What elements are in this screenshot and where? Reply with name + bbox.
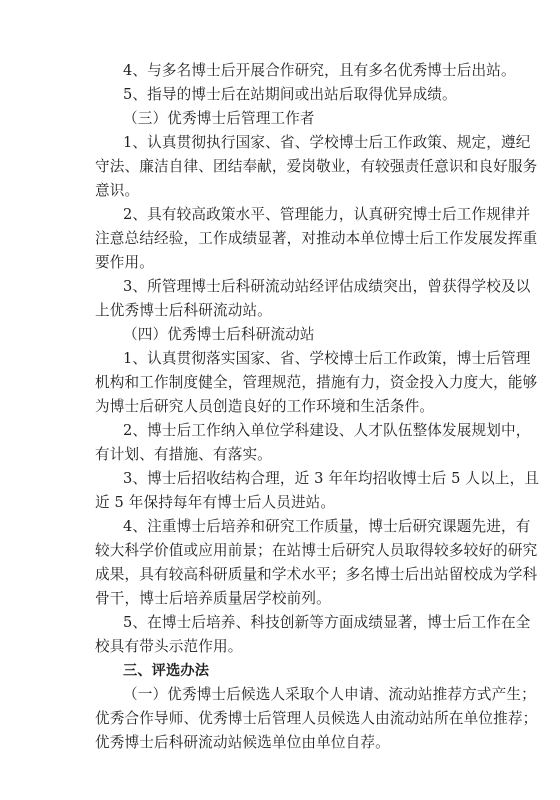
text-line: 2、博士后工作纳入单位学科建设、人才队伍整体发展规划中， bbox=[66, 419, 484, 443]
text-line: 要作用。 bbox=[66, 251, 484, 275]
paragraph-stations-1: 1、认真贯彻落实国家、省、学校博士后工作政策，博士后管理 机构和工作制度健全，管… bbox=[66, 347, 484, 419]
section-heading-selection-method: 三、评选办法 bbox=[66, 659, 484, 683]
text-line: 4、注重博士后培养和研究工作质量，博士后研究课题先进，有 bbox=[66, 515, 484, 539]
text-line: 1、认真贯彻执行国家、省、学校博士后工作政策、规定，遵纪 bbox=[66, 131, 484, 155]
document-page: 4、与多名博士后开展合作研究，且有多名优秀博士后出站。 5、指导的博士后在站期间… bbox=[66, 59, 484, 755]
text-line: （四）优秀博士后科研流动站 bbox=[66, 323, 484, 347]
text-line: 成果，具有较高科研质量和学术水平；多名博士后出站留校成为学科 bbox=[66, 563, 484, 587]
paragraph-managers-1: 1、认真贯彻执行国家、省、学校博士后工作政策、规定，遵纪 守法、廉洁自律、团结奉… bbox=[66, 131, 484, 203]
text-line: 优秀博士后科研流动站候选单位由单位自荐。 bbox=[66, 731, 484, 755]
paragraph-selection-1: （一）优秀博士后候选人采取个人申请、流动站推荐方式产生； 优秀合作导师、优秀博士… bbox=[66, 683, 484, 755]
text-line: 近 5 年保持每年有博士后人员进站。 bbox=[66, 491, 484, 515]
paragraph-item-5-achievements: 5、指导的博士后在站期间或出站后取得优异成绩。 bbox=[66, 83, 484, 107]
text-line: 机构和工作制度健全，管理规范，措施有力，资金投入力度大，能够 bbox=[66, 371, 484, 395]
text-line: 骨干，博士后培养质量居学校前列。 bbox=[66, 587, 484, 611]
text-line: 3、博士后招收结构合理，近 3 年年均招收博士后 5 人以上，且 bbox=[66, 467, 484, 491]
paragraph-stations-3: 3、博士后招收结构合理，近 3 年年均招收博士后 5 人以上，且 近 5 年保持… bbox=[66, 467, 484, 515]
text-line: 4、与多名博士后开展合作研究，且有多名优秀博士后出站。 bbox=[66, 59, 484, 83]
text-line: （三）优秀博士后管理工作者 bbox=[66, 107, 484, 131]
text-line: 上优秀博士后科研流动站。 bbox=[66, 299, 484, 323]
text-line: 有计划、有措施、有落实。 bbox=[66, 443, 484, 467]
text-line: （一）优秀博士后候选人采取个人申请、流动站推荐方式产生； bbox=[66, 683, 484, 707]
paragraph-managers-2: 2、具有较高政策水平、管理能力，认真研究博士后工作规律并 注意总结经验，工作成绩… bbox=[66, 203, 484, 275]
text-line: 1、认真贯彻落实国家、省、学校博士后工作政策，博士后管理 bbox=[66, 347, 484, 371]
text-line: 5、指导的博士后在站期间或出站后取得优异成绩。 bbox=[66, 83, 484, 107]
text-line: 注意总结经验，工作成绩显著，对推动本单位博士后工作发展发挥重 bbox=[66, 227, 484, 251]
text-line: 较大科学价值或应用前景；在站博士后研究人员取得较多较好的研究 bbox=[66, 539, 484, 563]
paragraph-stations-2: 2、博士后工作纳入单位学科建设、人才队伍整体发展规划中， 有计划、有措施、有落实… bbox=[66, 419, 484, 467]
text-line: 5、在博士后培养、科技创新等方面成绩显著，博士后工作在全 bbox=[66, 611, 484, 635]
text-line: 优秀合作导师、优秀博士后管理人员候选人由流动站所在单位推荐； bbox=[66, 707, 484, 731]
paragraph-managers-3: 3、所管理博士后科研流动站经评估成绩突出，曾获得学校及以 上优秀博士后科研流动站… bbox=[66, 275, 484, 323]
text-line: 2、具有较高政策水平、管理能力，认真研究博士后工作规律并 bbox=[66, 203, 484, 227]
text-line: 三、评选办法 bbox=[66, 659, 484, 683]
text-line: 守法、廉洁自律、团结奉献，爱岗敬业，有较强责任意识和良好服务 bbox=[66, 155, 484, 179]
text-line: 3、所管理博士后科研流动站经评估成绩突出，曾获得学校及以 bbox=[66, 275, 484, 299]
subheading-excellent-stations: （四）优秀博士后科研流动站 bbox=[66, 323, 484, 347]
text-line: 意识。 bbox=[66, 179, 484, 203]
paragraph-item-4-cooperation: 4、与多名博士后开展合作研究，且有多名优秀博士后出站。 bbox=[66, 59, 484, 83]
subheading-excellent-managers: （三）优秀博士后管理工作者 bbox=[66, 107, 484, 131]
text-line: 为博士后研究人员创造良好的工作环境和生活条件。 bbox=[66, 395, 484, 419]
text-line: 校具有带头示范作用。 bbox=[66, 635, 484, 659]
paragraph-stations-5: 5、在博士后培养、科技创新等方面成绩显著，博士后工作在全 校具有带头示范作用。 bbox=[66, 611, 484, 659]
paragraph-stations-4: 4、注重博士后培养和研究工作质量，博士后研究课题先进，有 较大科学价值或应用前景… bbox=[66, 515, 484, 611]
